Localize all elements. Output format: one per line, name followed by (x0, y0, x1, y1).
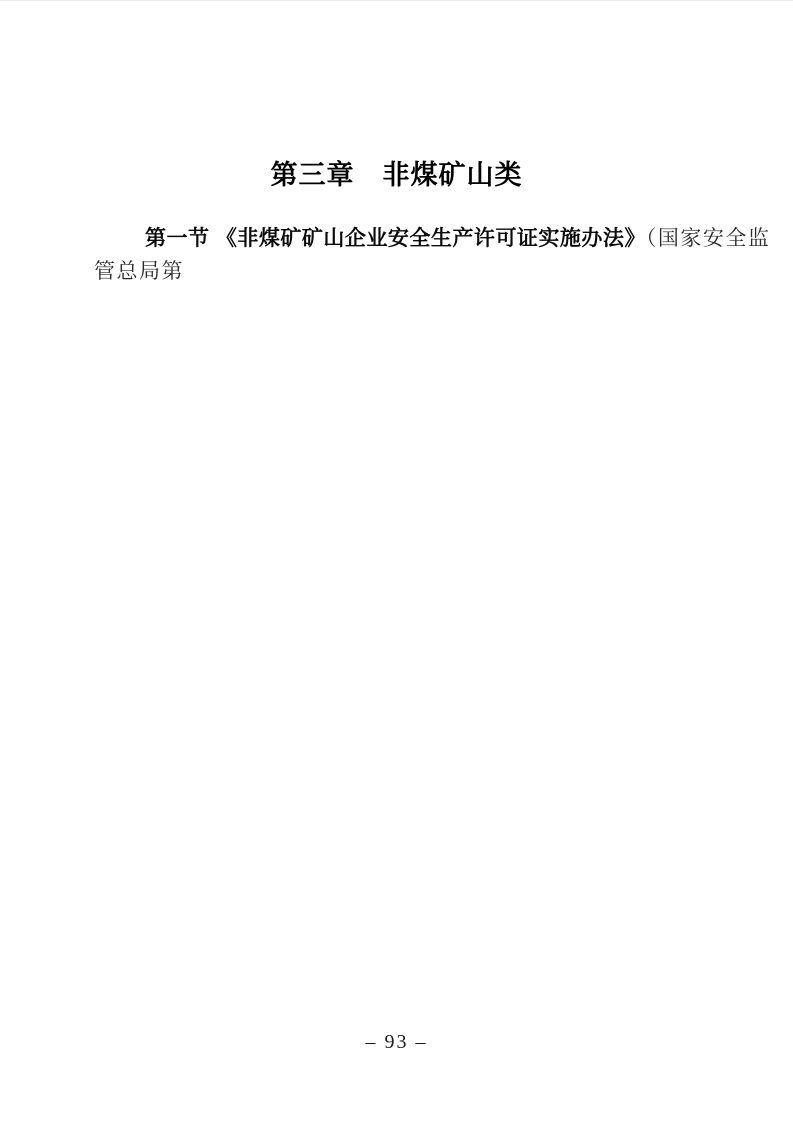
issuer-note-line-1: （国家安全监 (646, 226, 771, 250)
document-page: 第三章 非煤矿山类 第一节 《非煤矿矿山企业安全生产许可证实施办法》（国家安全监… (0, 0, 793, 1123)
chapter-title: 第三章 非煤矿山类 (0, 157, 793, 193)
page-number: – 93 – (0, 1028, 793, 1056)
issuer-note-line-2: 管总局第 (94, 255, 701, 288)
paragraph-line-1: 第一节 《非煤矿矿山企业安全生产许可证实施办法》（国家安全监 (94, 222, 701, 255)
section-heading-text: 第一节 《非煤矿矿山企业安全生产许可证实施办法》 (145, 227, 646, 250)
section-paragraph: 第一节 《非煤矿矿山企业安全生产许可证实施办法》（国家安全监 管总局第 (94, 222, 701, 288)
